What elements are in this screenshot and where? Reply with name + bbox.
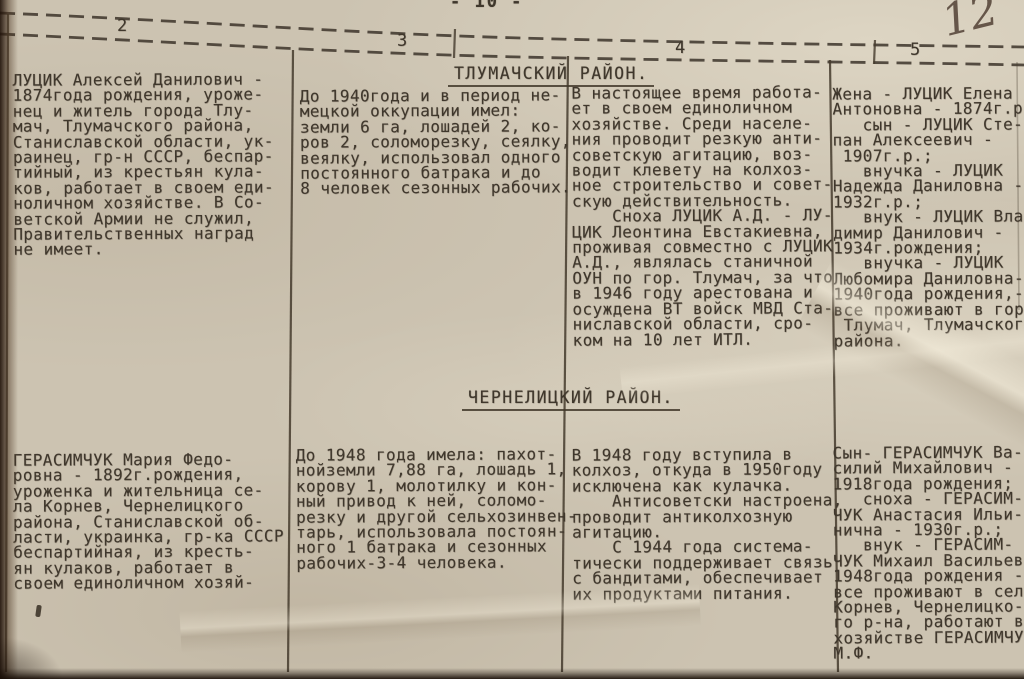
- table-cell-r1-family: Жена - ЛУЦИК Елена Антоновна - 1874г.р. …: [832, 86, 1023, 349]
- column-header-5: 5: [910, 40, 921, 60]
- table-cell-r1-biography: ЛУЦИК Алексей Данилович - 1874года рожде…: [13, 71, 290, 257]
- table-cell-r2-family: Сын- ГЕРАСИМЧУК Ва- силий Михайлович - 1…: [832, 445, 1023, 662]
- column-header-2: 2: [117, 16, 128, 36]
- table-cell-r2-biography: ГЕРАСИМЧУК Мария Федо- ровна - 1892г.рож…: [13, 451, 290, 591]
- table-cell-r2-property: До 1948 года имела: пахот- нойземли 7,88…: [296, 446, 567, 571]
- column-header-4: 4: [675, 38, 686, 58]
- column-header-3: 3: [397, 31, 408, 51]
- table-cell-r1-property: До 1940года и в период не- мецкой оккупа…: [300, 87, 567, 196]
- table-cell-r2-activity: В 1948 году вступила в колхоз, откуда в …: [572, 446, 833, 601]
- district-header-chernelitsky: ЧЕРНЕЛИЦКИЙ РАЙОН.: [462, 388, 680, 411]
- table-cell-r1-activity: В настоящее время работа- ет в своем еди…: [571, 84, 830, 347]
- scanned-archival-document-page: - 10 - 12 2 3 4 5 ТЛУМАЧСКИЙ РАЙОН. ЧЕРН…: [0, 0, 1024, 679]
- page-number: - 10 -: [450, 0, 523, 12]
